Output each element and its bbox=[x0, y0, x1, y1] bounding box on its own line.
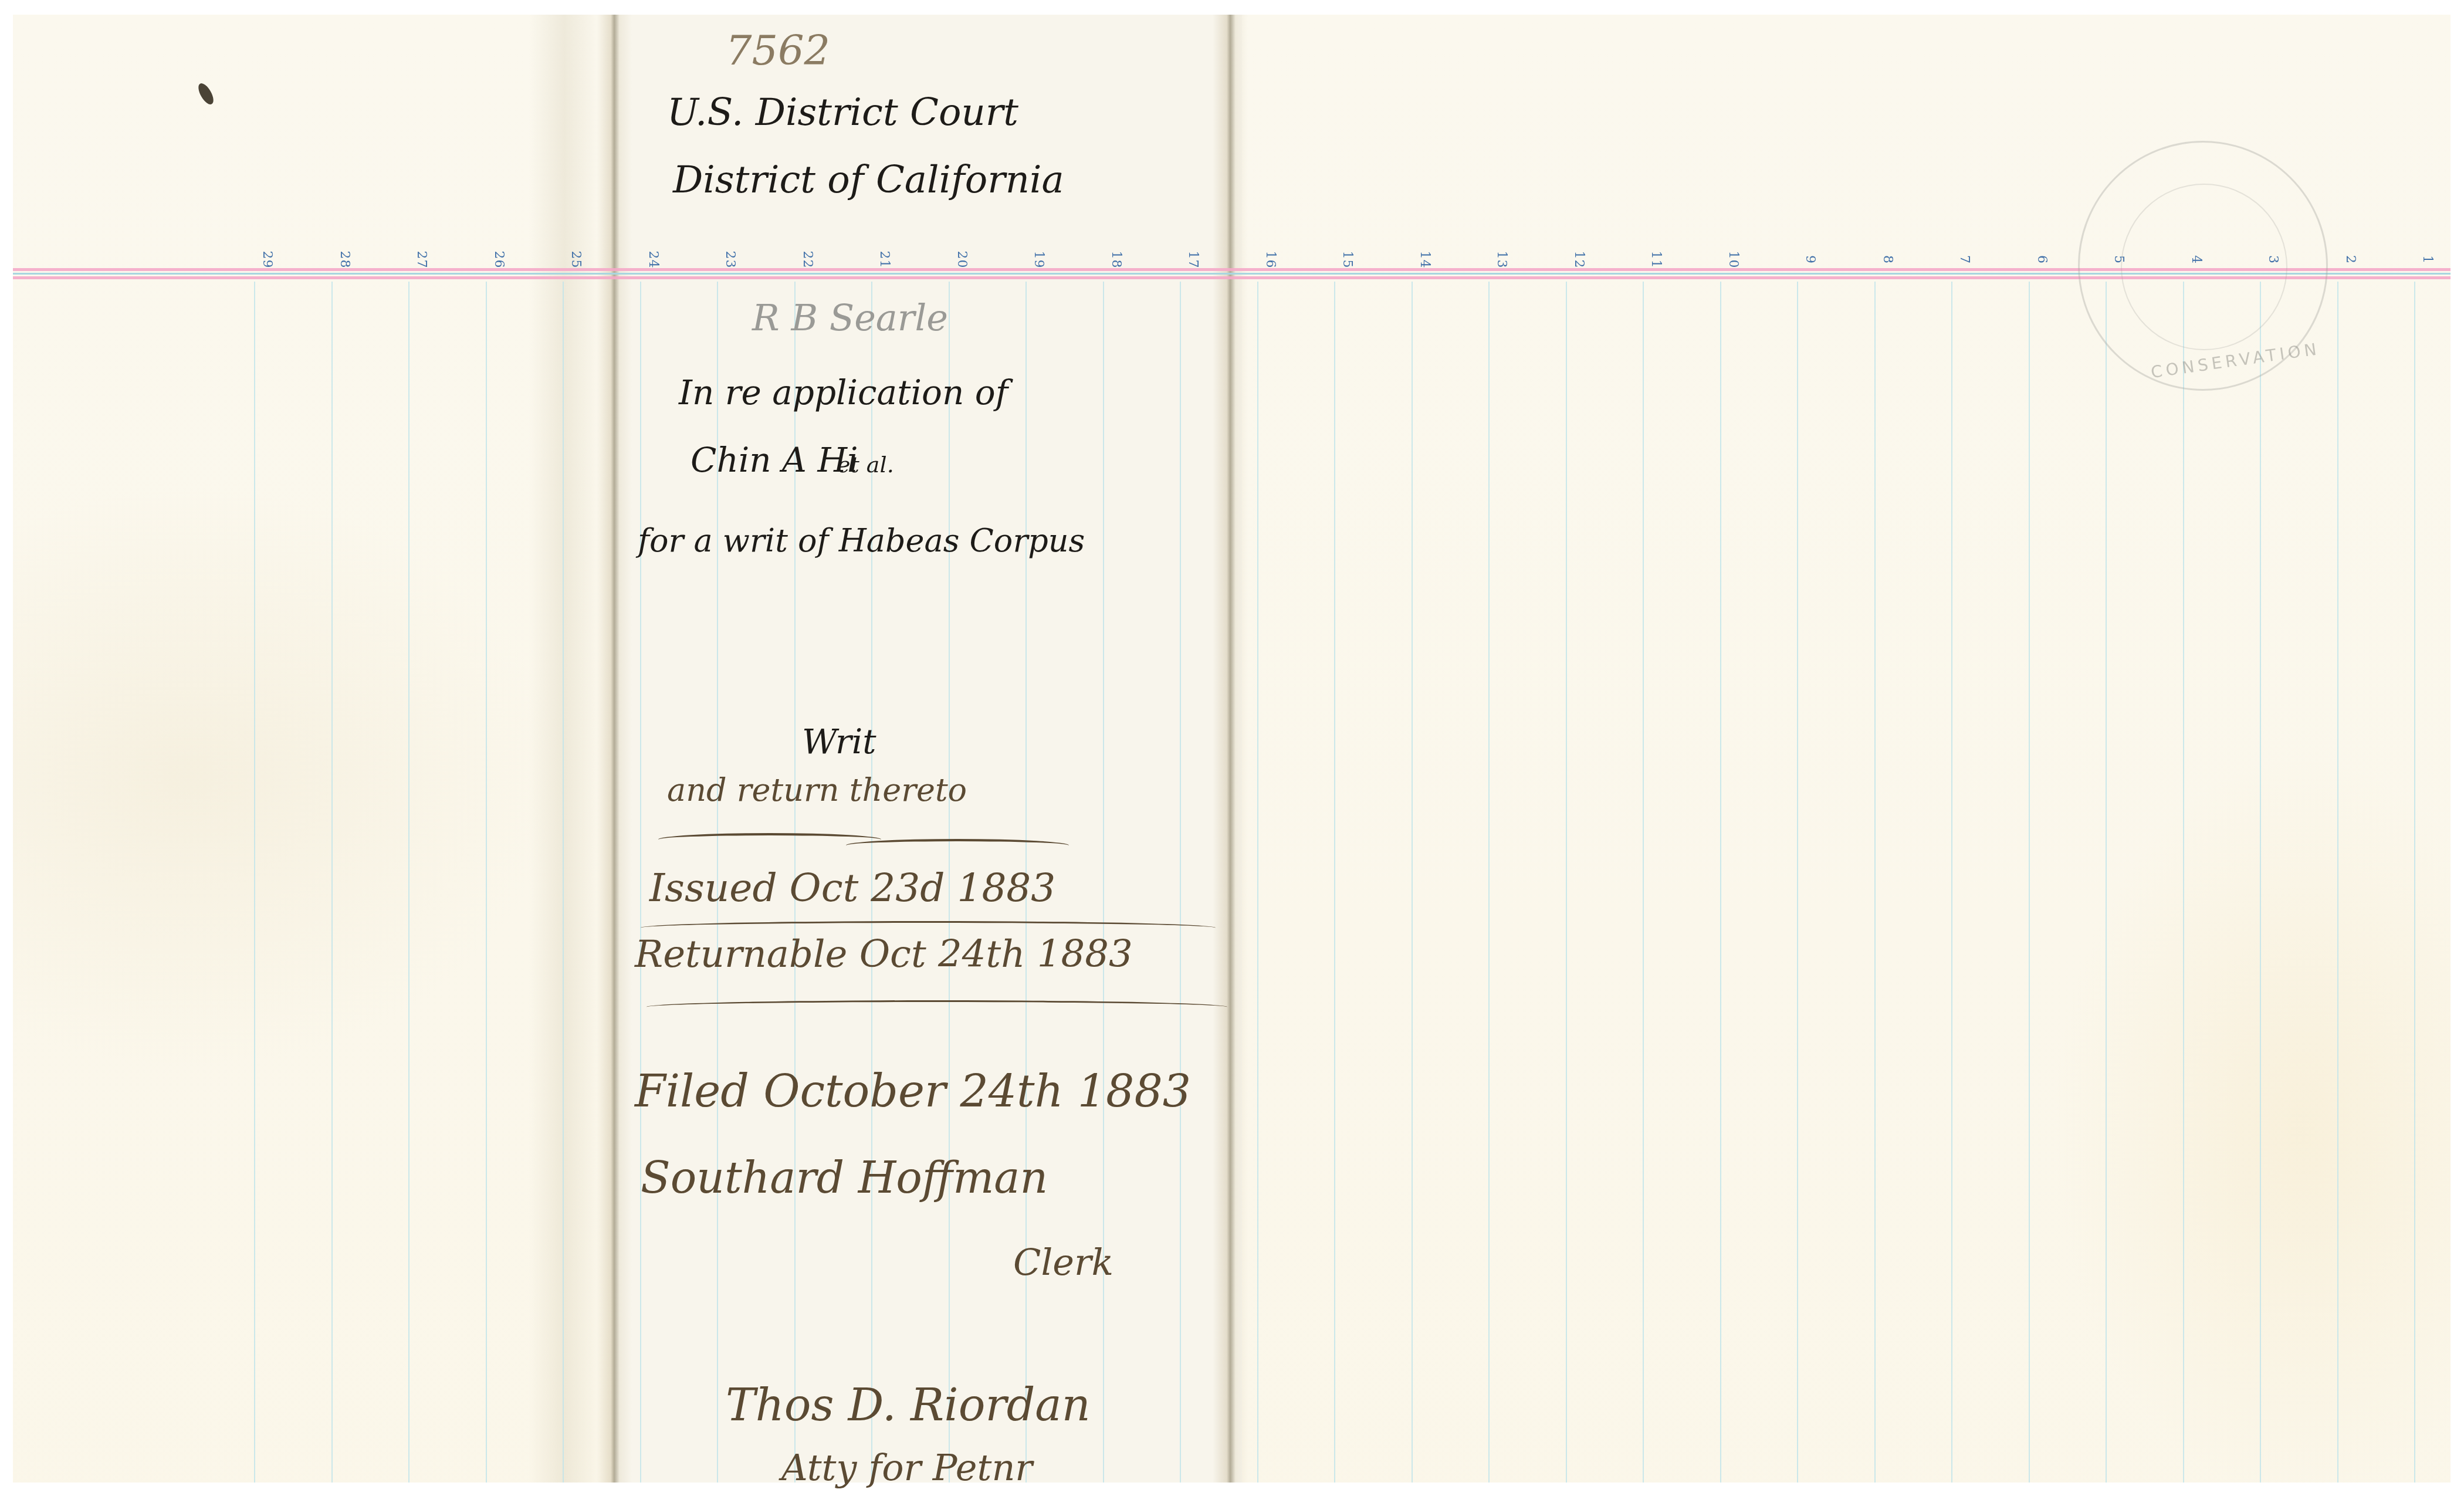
line-number-label: 16 bbox=[1263, 248, 1277, 272]
line-number-label: 17 bbox=[1186, 248, 1200, 272]
court-district: District of California bbox=[673, 158, 1064, 202]
case-number: 7562 bbox=[726, 26, 830, 75]
column-rule-line bbox=[1334, 282, 1335, 1483]
right-fold-crease bbox=[1213, 15, 1248, 1483]
column-rule-line bbox=[1257, 282, 1258, 1483]
line-number-label: 26 bbox=[491, 248, 506, 272]
clerk-title: Clerk bbox=[1013, 1241, 1113, 1284]
line-number-label: 8 bbox=[1880, 248, 1894, 272]
left-fold-crease bbox=[597, 15, 632, 1483]
column-rule-line bbox=[563, 282, 564, 1483]
flourish-underline bbox=[846, 839, 1069, 852]
document-title: Writ bbox=[802, 722, 876, 761]
pencil-annotation: R B Searle bbox=[752, 296, 948, 339]
line-number-label: 12 bbox=[1571, 248, 1586, 272]
line-number-label: 10 bbox=[1725, 248, 1740, 272]
line-number-label: 24 bbox=[645, 248, 660, 272]
line-number-label: 1 bbox=[2420, 248, 2435, 272]
line-number-label: 28 bbox=[337, 248, 351, 272]
clerk-signature: Southard Hoffman bbox=[641, 1153, 1048, 1203]
court-name: U.S. District Court bbox=[667, 91, 1018, 134]
column-rule-line bbox=[331, 282, 333, 1483]
line-number-label: 7 bbox=[1957, 248, 1972, 272]
line-number-label: 22 bbox=[800, 248, 814, 272]
column-rule-line bbox=[2029, 282, 2030, 1483]
line-number-label: 6 bbox=[2034, 248, 2049, 272]
line-number-label: 23 bbox=[723, 248, 737, 272]
line-number-label: 19 bbox=[1031, 248, 1046, 272]
column-rule-line bbox=[1180, 282, 1181, 1483]
line-number-label: 29 bbox=[260, 248, 275, 272]
line-number-label: 11 bbox=[1649, 248, 1663, 272]
column-rule-line bbox=[1412, 282, 1413, 1483]
line-number-label: 20 bbox=[954, 248, 969, 272]
column-rule-line bbox=[1643, 282, 1644, 1483]
caption-line-3: for a writ of Habeas Corpus bbox=[638, 522, 1085, 559]
line-number-label: 21 bbox=[877, 248, 892, 272]
line-number-label: 25 bbox=[568, 248, 583, 272]
caption-et-al: et al. bbox=[837, 452, 894, 478]
caption-line-1: In re application of bbox=[679, 373, 1008, 412]
ink-blot bbox=[195, 81, 216, 107]
column-rule-line bbox=[1797, 282, 1798, 1483]
line-number-label: 9 bbox=[1803, 248, 1817, 272]
stamp-inner-ring bbox=[2121, 184, 2287, 350]
attorney-signature: Thos D. Riordan bbox=[726, 1379, 1091, 1431]
column-rule-line bbox=[2337, 282, 2338, 1483]
column-rule-line bbox=[486, 282, 487, 1483]
column-rule-line bbox=[1488, 282, 1490, 1483]
document-page: 2928272625242322212019181716151413121110… bbox=[13, 15, 2451, 1483]
line-number-label: 18 bbox=[1108, 248, 1123, 272]
issued-date: Issued Oct 23d 1883 bbox=[649, 865, 1055, 911]
line-number-label: 15 bbox=[1340, 248, 1355, 272]
document-subtitle: and return thereto bbox=[667, 771, 967, 808]
returnable-date: Returnable Oct 24th 1883 bbox=[635, 933, 1133, 976]
column-rule-line bbox=[1874, 282, 1876, 1483]
column-rule-line bbox=[408, 282, 409, 1483]
column-rule-line bbox=[2183, 282, 2184, 1483]
line-number-label: 13 bbox=[1494, 248, 1509, 272]
filed-date: Filed October 24th 1883 bbox=[635, 1065, 1191, 1117]
caption-petitioner: Chin A Hi bbox=[691, 440, 858, 480]
column-rule-line bbox=[2414, 282, 2415, 1483]
column-rule-line bbox=[2106, 282, 2107, 1483]
attorney-role: Atty for Petnr bbox=[781, 1446, 1033, 1489]
column-rule-line bbox=[640, 282, 641, 1483]
stamp-text: CONSERVATION bbox=[2150, 339, 2321, 382]
column-rule-line bbox=[2260, 282, 2261, 1483]
column-rule-line bbox=[1103, 282, 1104, 1483]
line-number-label: 27 bbox=[414, 248, 429, 272]
center-fold-panel bbox=[614, 15, 1242, 1483]
line-number-label: 14 bbox=[1417, 248, 1431, 272]
column-rule-line bbox=[1951, 282, 1952, 1483]
column-rule-line bbox=[1720, 282, 1721, 1483]
line-number-label: 2 bbox=[2343, 248, 2357, 272]
embossed-seal-stamp: CONSERVATION bbox=[2078, 141, 2328, 391]
fold-shadow bbox=[529, 15, 600, 1483]
column-rule-line bbox=[1566, 282, 1567, 1483]
column-rule-line bbox=[254, 282, 255, 1483]
divider-flourish bbox=[647, 1000, 1227, 1014]
